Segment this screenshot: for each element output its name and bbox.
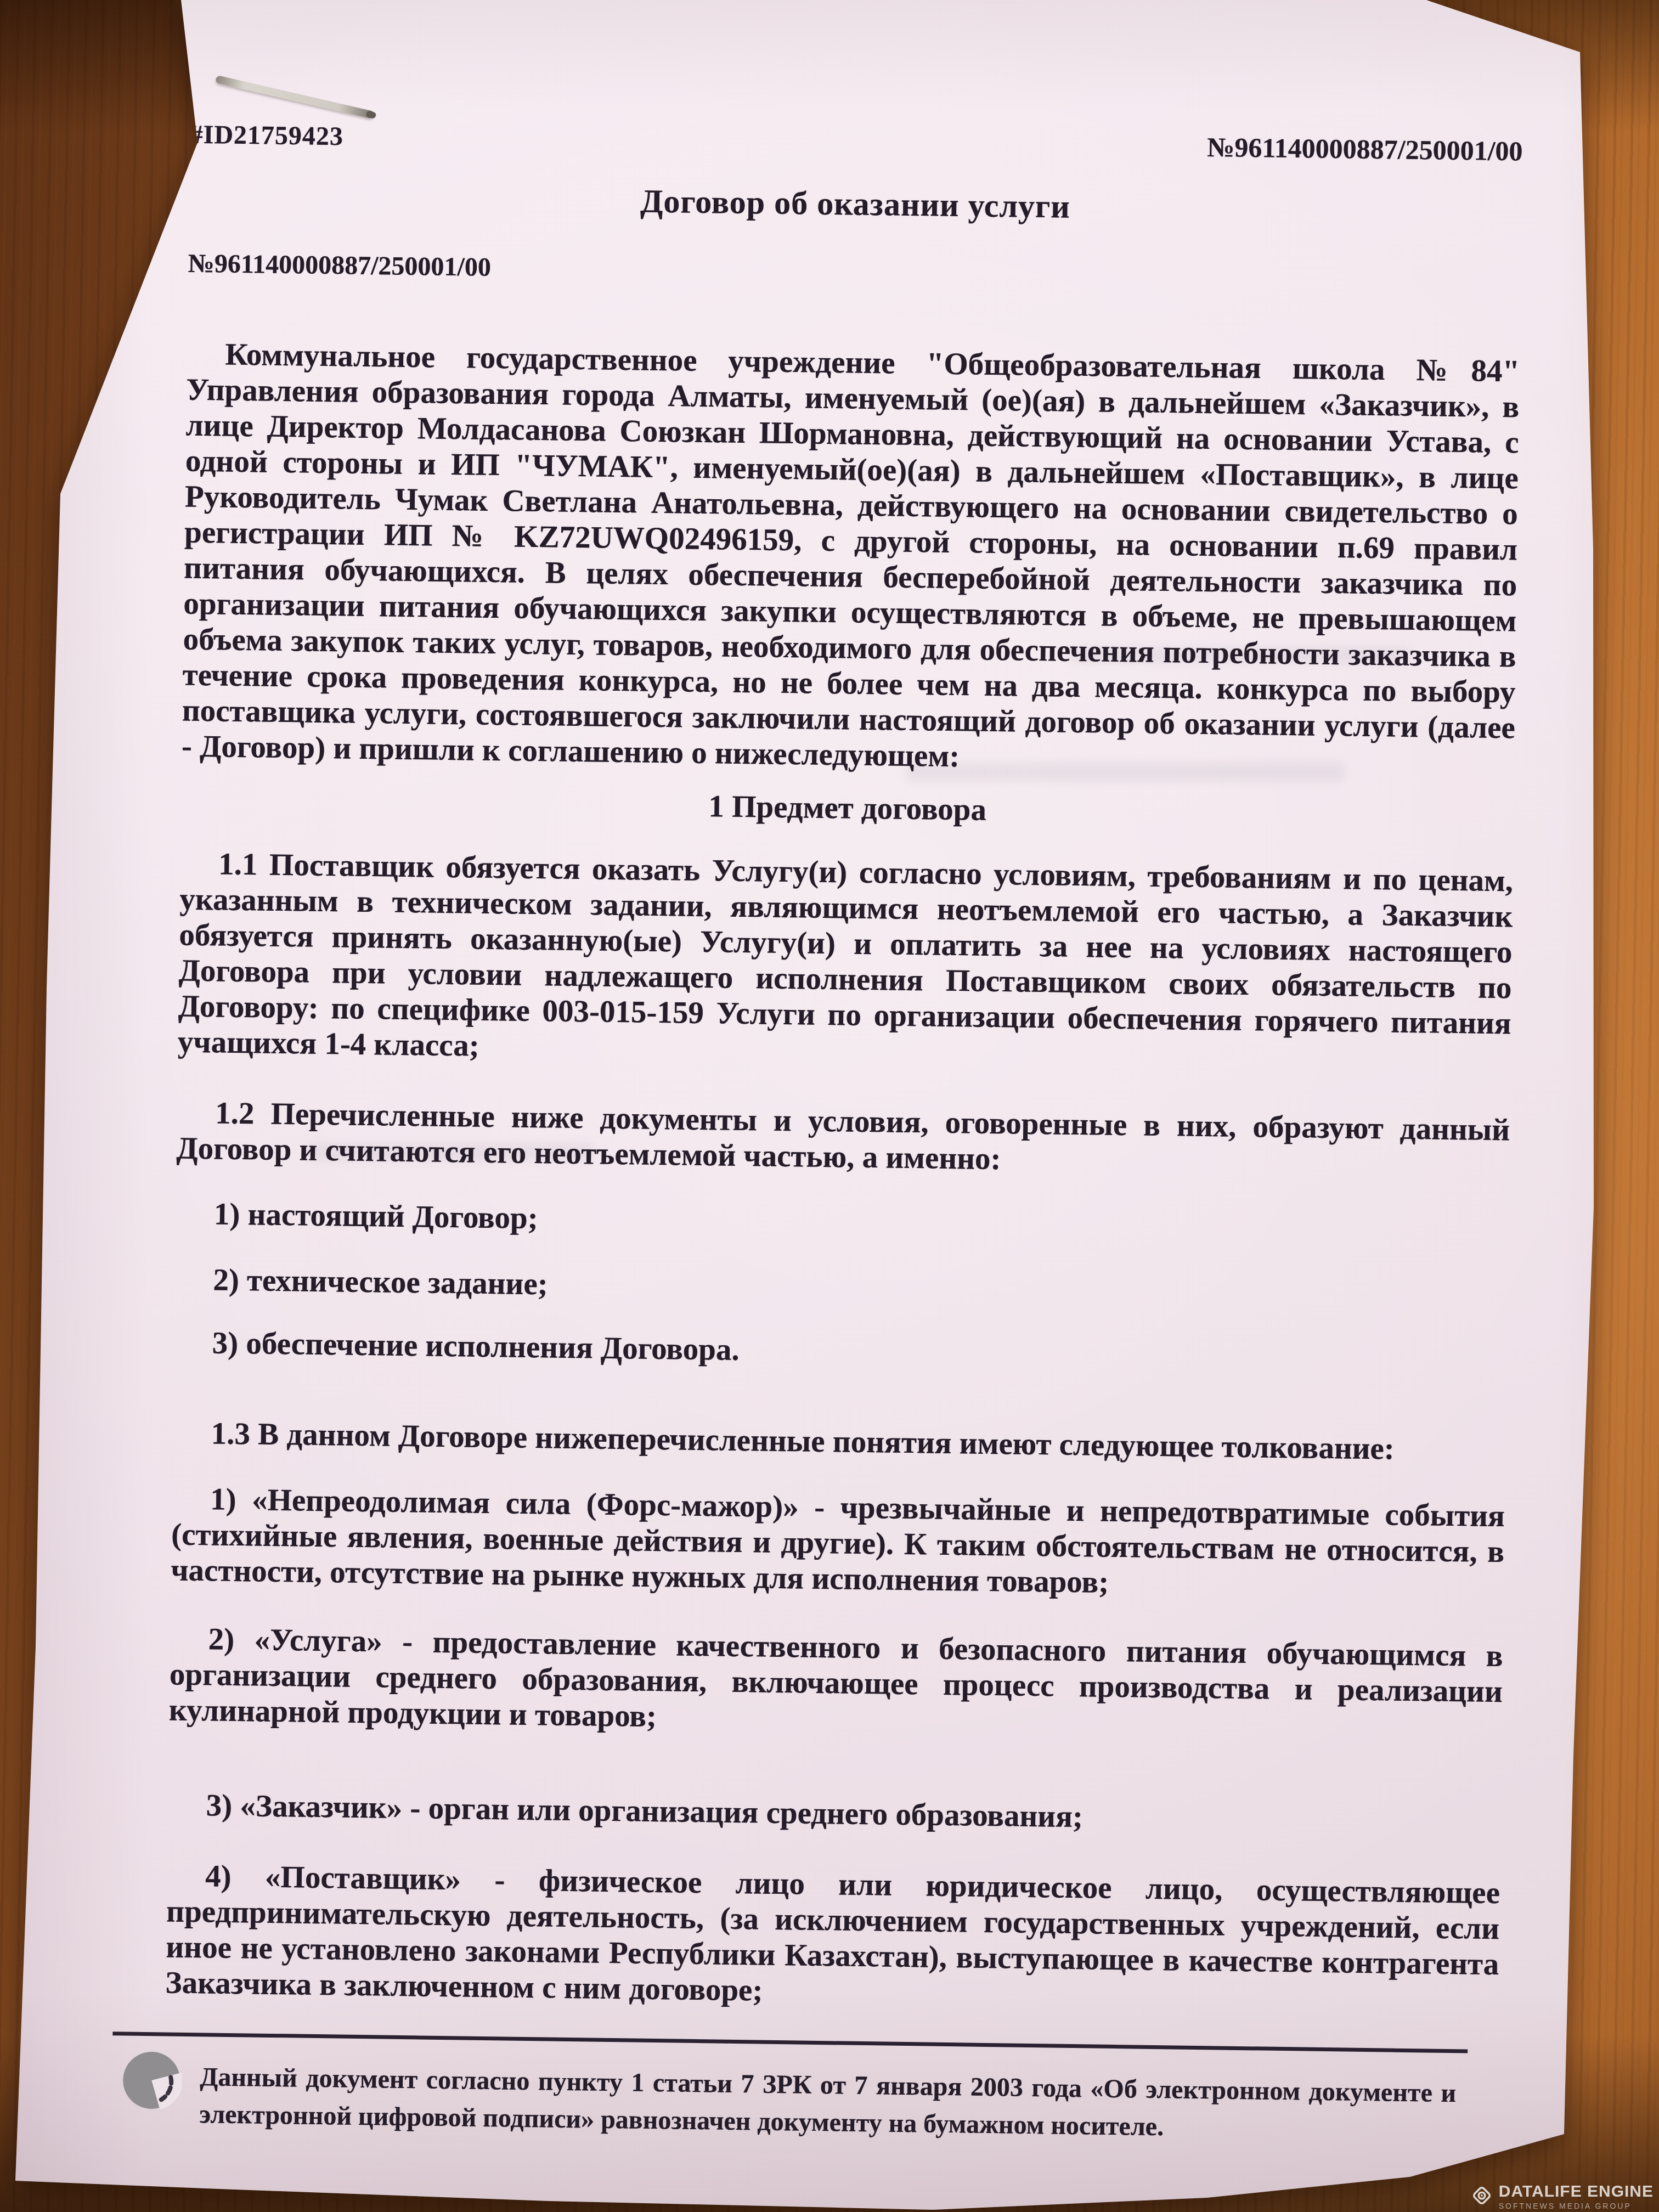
- clause-1-1: 1.1 Поставщик обязуется оказать Услугу(и…: [178, 846, 1514, 1077]
- contract-paper-shadow: #ID21759423 №961140000887/250001/00 Дого…: [0, 0, 1659, 2212]
- contract-page: #ID21759423 №961140000887/250001/00 Дого…: [0, 0, 1659, 2212]
- watermark-text: DATALIFE ENGINE SOFTNEWS MEDIA GROUP: [1499, 2183, 1654, 2210]
- round-stamp-logo-icon: [121, 2050, 182, 2111]
- preamble-paragraph: Коммунальное государственное учреждение …: [182, 336, 1520, 782]
- clause-1-2-item-3: 3) обеспечение исполнения Договора.: [173, 1324, 1507, 1378]
- clause-1-3: 1.3 В данном Договоре нижеперечисленные …: [172, 1415, 1506, 1468]
- section-1-heading: 1 Предмет договора: [180, 782, 1514, 835]
- definition-force-majeure: 1) «Непреодолимая сила (Форс-мажор)» - ч…: [171, 1481, 1505, 1605]
- datalife-logo-icon: [1470, 2184, 1493, 2210]
- document-id-label: #ID21759423: [189, 117, 343, 155]
- definition-supplier: 4) «Поставщик» - физическое лицо или юри…: [165, 1858, 1500, 2018]
- contract-number: №961140000887/250001/00: [188, 246, 1521, 299]
- definition-service: 2) «Услуга» - предоставление качественно…: [169, 1621, 1503, 1745]
- watermark-title: DATALIFE ENGINE: [1499, 2183, 1654, 2200]
- clause-1-2: 1.2 Перечисленные ниже документы и услов…: [176, 1095, 1510, 1184]
- footer-note: Данный документ согласно пункту 1 статьи…: [199, 2058, 1457, 2149]
- definition-customer: 3) «Заказчик» - орган или организация ср…: [167, 1787, 1501, 1840]
- clause-1-2-item-2: 2) техническое задание;: [174, 1261, 1508, 1314]
- footer-row: Данный документ согласно пункту 1 статьи…: [163, 2058, 1498, 2150]
- watermark-subtitle: SOFTNEWS MEDIA GROUP: [1499, 2202, 1654, 2210]
- document-header-row: #ID21759423 №961140000887/250001/00: [189, 116, 1523, 170]
- clause-1-2-item-1: 1) настоящий Договор;: [176, 1196, 1509, 1249]
- contract-title: Договор об оказании услуги: [189, 173, 1522, 235]
- footer-divider: [112, 2032, 1468, 2053]
- contract-number-top: №961140000887/250001/00: [1207, 129, 1523, 170]
- datalife-watermark: DATALIFE ENGINE SOFTNEWS MEDIA GROUP: [1470, 2183, 1654, 2210]
- contract-content: #ID21759423 №961140000887/250001/00 Дого…: [0, 0, 1659, 2152]
